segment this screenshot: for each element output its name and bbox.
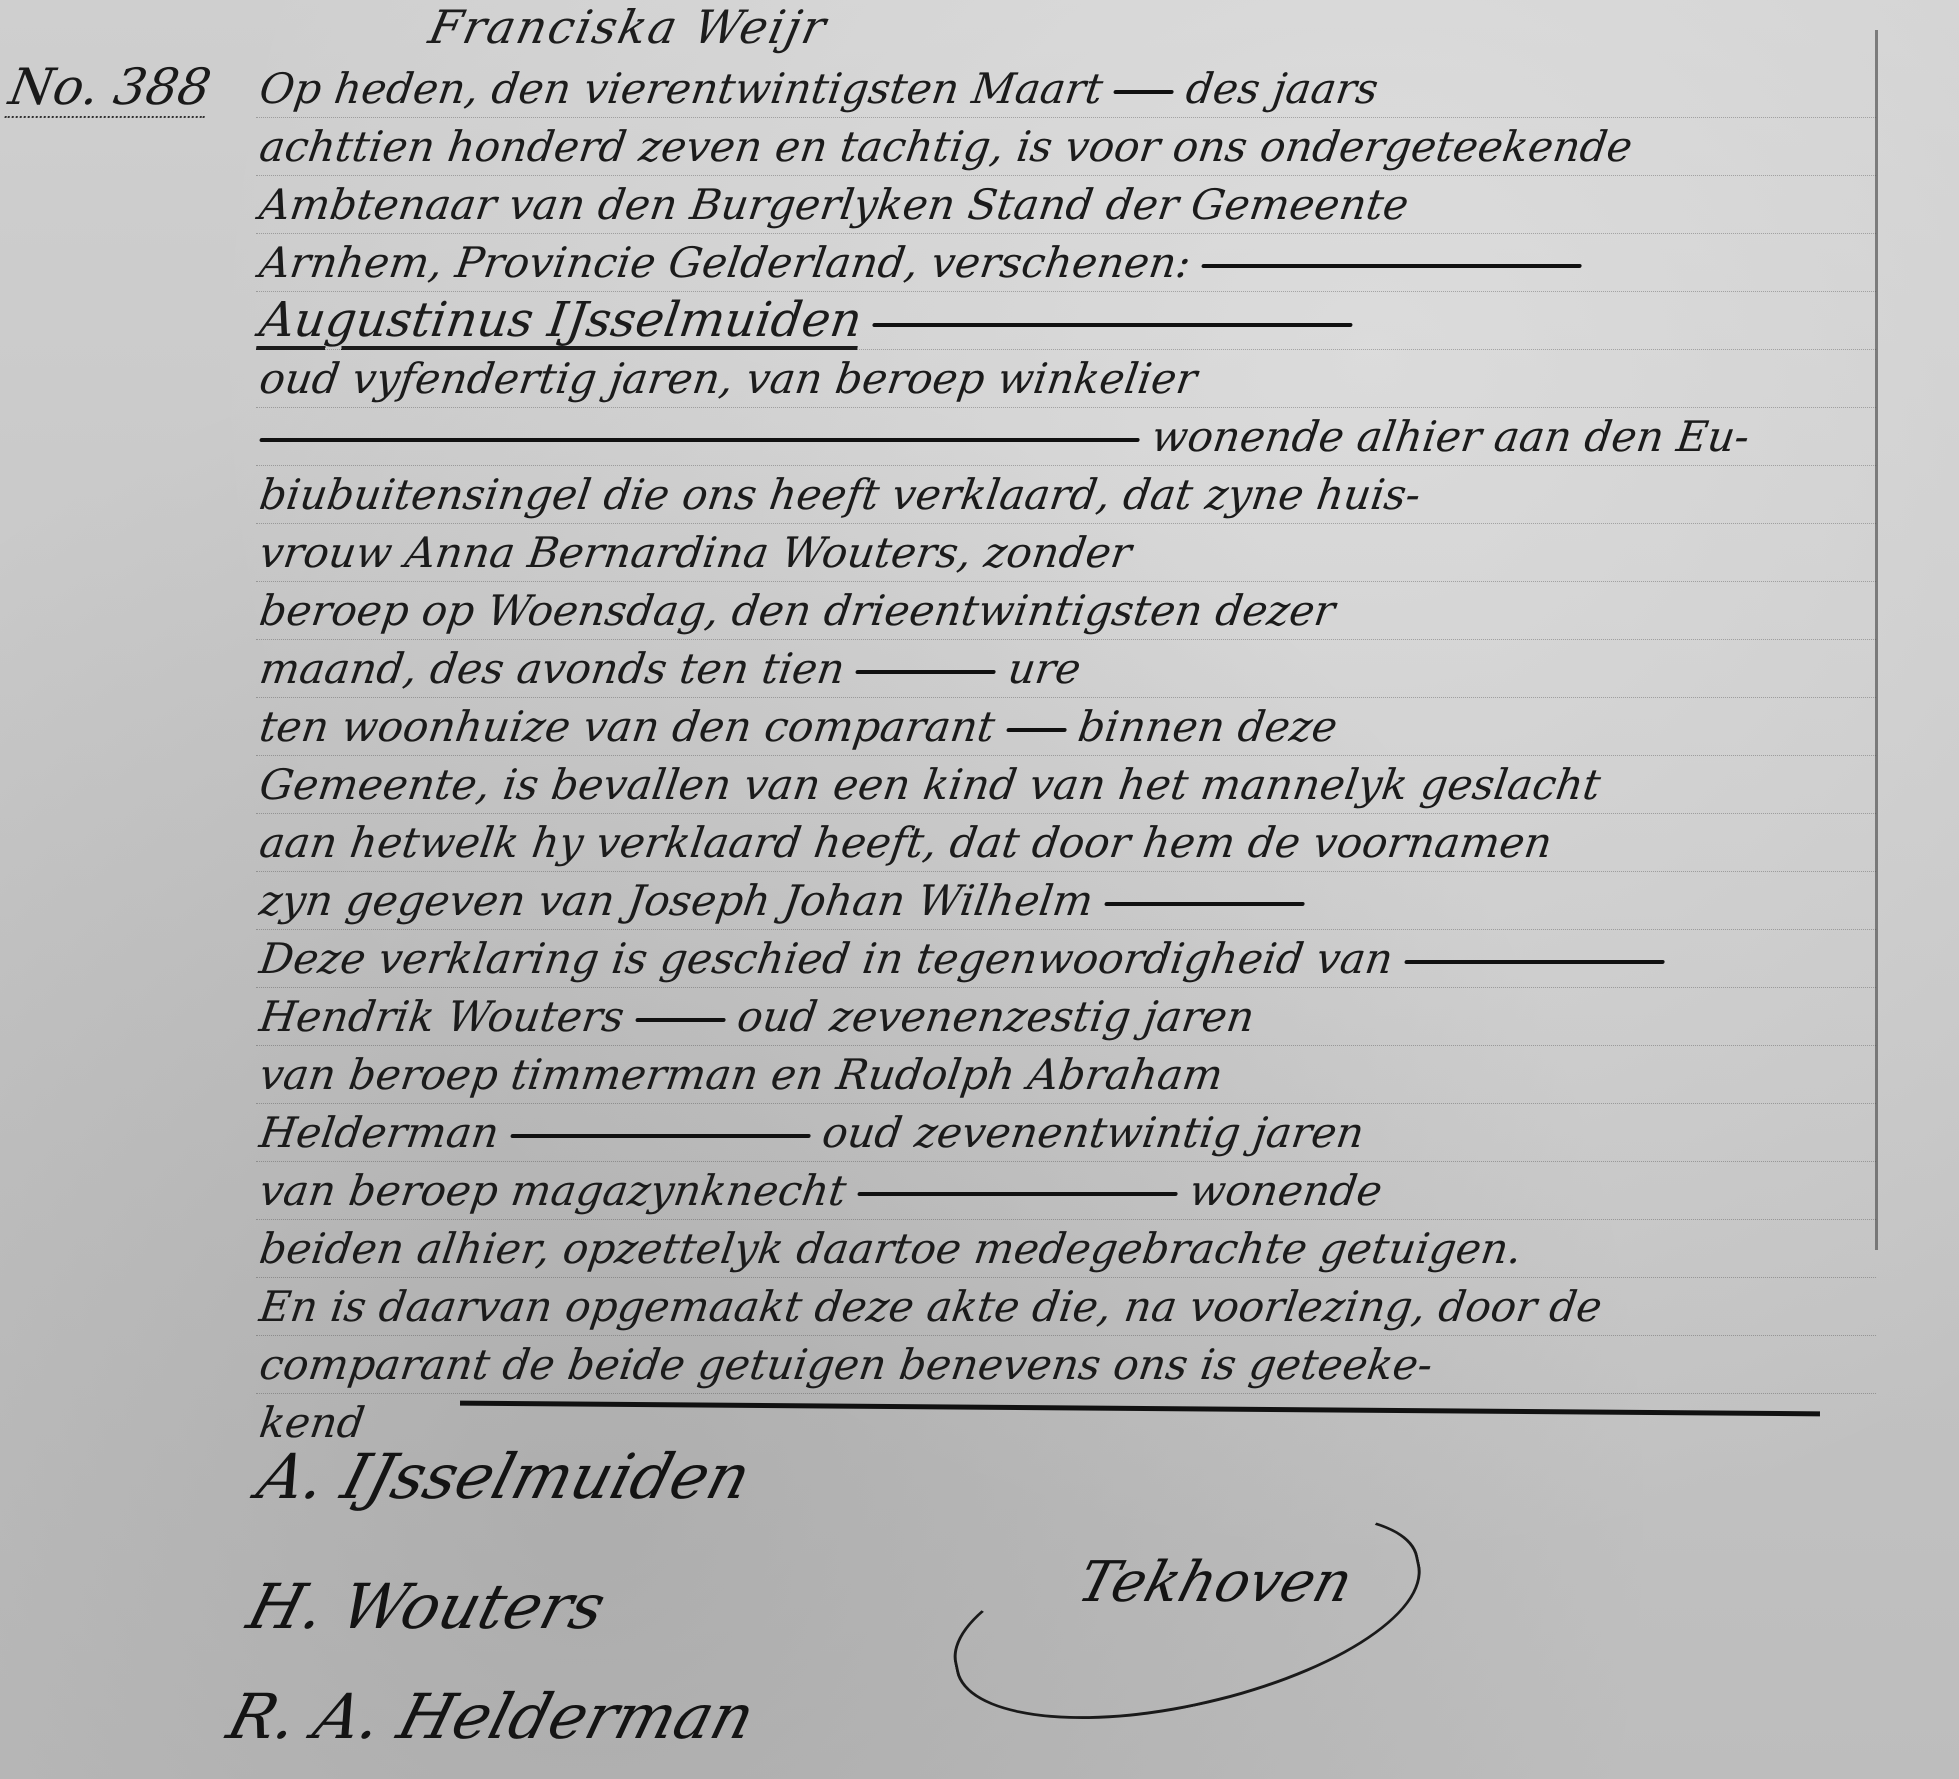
witness-2-line: Heldermanoud zevenentwintig jaren [256,1104,1884,1162]
document-page: Franciska Weijr No. 388 Op heden, den vi… [0,0,1959,1779]
signature-father: A. IJsselmuiden [250,1440,758,1513]
record-number-text: No. 388 [5,58,216,118]
father-name-line: Augustinus IJsselmuiden [256,292,1884,350]
signature-witness-1: H. Wouters [240,1570,613,1643]
text-line: achttien honderd zeven en tachtig, is vo… [256,118,1884,176]
text-line: wonende alhier aan den Eu- [256,408,1884,466]
text-line: van beroep magazynknechtwonende [256,1162,1884,1220]
text-line: Deze verklaring is geschied in tegenwoor… [256,930,1884,988]
signature-flourish [937,1482,1439,1753]
record-number: No. 388 [5,58,215,116]
signature-witness-2: R. A. Helderman [220,1680,762,1753]
text-line: comparant de beide getuigen benevens ons… [256,1336,1884,1394]
text-line: Ambtenaar van den Burgerlyken Stand der … [256,176,1884,234]
text-line: aan hetwelk hy verklaard heeft, dat door… [256,814,1884,872]
text-line: Arnhem, Provincie Gelderland, verschenen… [256,234,1884,292]
text-line: Gemeente, is bevallen van een kind van h… [256,756,1884,814]
text-line: En is daarvan opgemaakt deze akte die, n… [256,1278,1884,1336]
text-line: biubuitensingel die ons heeft verklaard,… [256,466,1884,524]
text-line: beiden alhier, opzettelyk daartoe medege… [256,1220,1884,1278]
text-line: oud vyfendertig jaren, van beroep winkel… [256,350,1884,408]
text-line: Op heden, den vierentwintigsten Maartdes… [256,60,1884,118]
document-body: Op heden, den vierentwintigsten Maartdes… [260,60,1880,1451]
marginal-annotation: Franciska Weijr [424,0,832,54]
text-line: beroep op Woensdag, den drieentwintigste… [256,582,1884,640]
text-line: ten woonhuize van den comparantbinnen de… [256,698,1884,756]
child-name-line: zyn gegeven van Joseph Johan Wilhelm [256,872,1884,930]
mother-name-line: vrouw Anna Bernardina Wouters, zonder [256,524,1884,582]
witness-1-line: Hendrik Woutersoud zevenenzestig jaren [256,988,1884,1046]
text-line: van beroep timmerman en Rudolph Abraham [256,1046,1884,1104]
text-line: maand, des avonds ten tienure [256,640,1884,698]
signature-registrar: Tekhoven [1071,1550,1359,1615]
